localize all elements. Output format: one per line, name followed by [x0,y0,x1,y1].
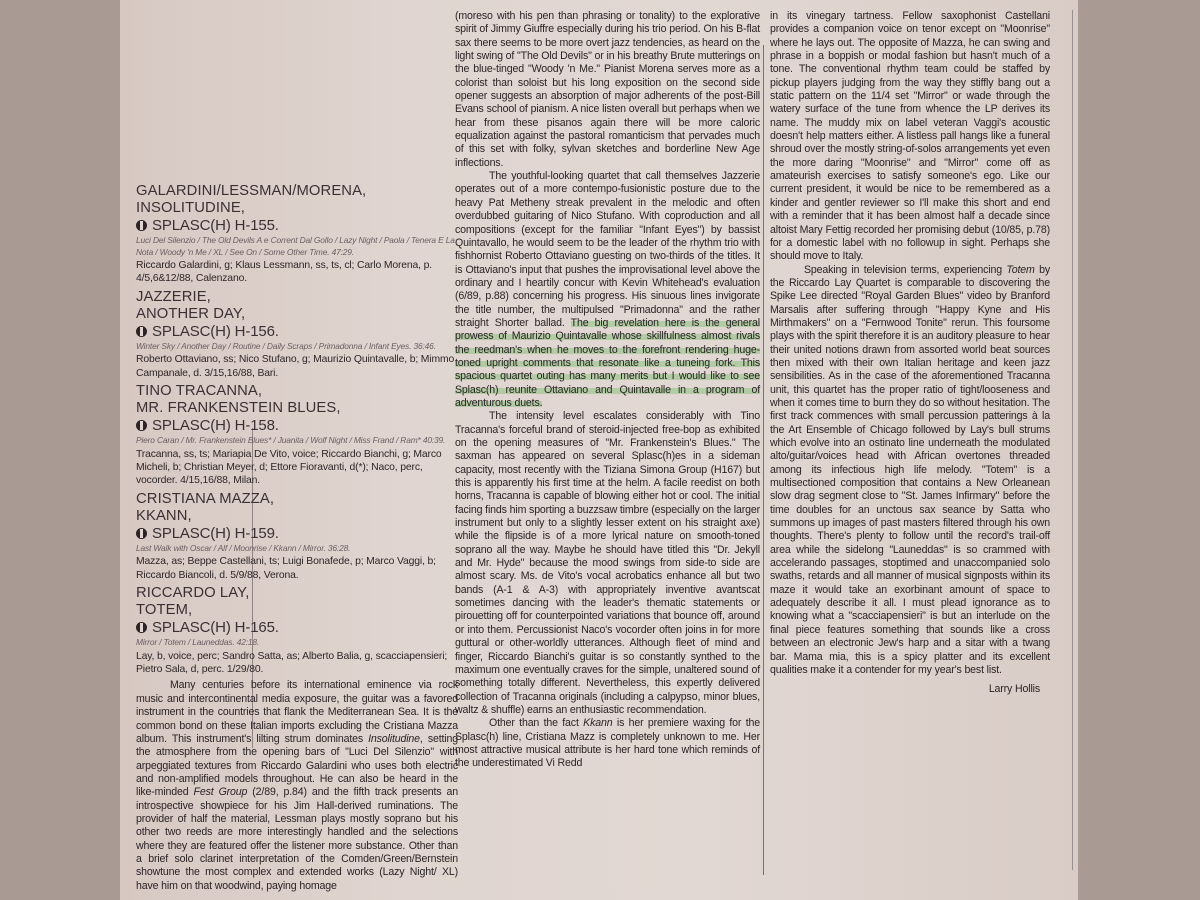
personnel: Mazza, as; Beppe Castellani, ts; Luigi B… [136,555,458,582]
record-disc-icon [136,622,147,633]
personnel: Riccardo Galardini, g; Klaus Lessmann, s… [136,259,458,286]
review-paragraph: Speaking in television terms, experienci… [770,264,1050,678]
middle-column: (moreso with his pen than phrasing or to… [455,10,760,771]
album-artist: JAZZERIE, [136,289,458,306]
album-entry: RICCARDO LAY, TOTEM, SPLASC(H) H-165. Mi… [136,585,458,676]
album-entry: JAZZERIE, ANOTHER DAY, SPLASC(H) H-156. … [136,289,458,380]
track-list: Last Walk with Oscar / Alf / Moonrise / … [136,543,458,555]
personnel: Lay, b, voice, perc; Sandro Satta, as; A… [136,650,458,677]
right-column: in its vinegary tartness. Fellow saxopho… [770,10,1050,697]
album-title: INSOLITUDINE, [136,200,458,217]
album-label: SPLASC(H) H-155. [136,217,458,234]
album-label: SPLASC(H) H-156. [136,323,458,340]
album-label: SPLASC(H) H-159. [136,525,458,542]
review-paragraph: The youthful-looking quartet that call t… [455,170,760,410]
album-entry: CRISTIANA MAZZA, KKANN, SPLASC(H) H-159.… [136,491,458,582]
album-artist: GALARDINI/LESSMAN/MORENA, [136,183,458,200]
highlighted-passage: The big revelation here is the general p… [455,317,760,409]
record-disc-icon [136,220,147,231]
track-list: Mirror / Totem / Launeddas. 42:18. [136,637,458,649]
reviewer-signature: Larry Hollis [770,683,1050,696]
review-paragraph: Many centuries before its international … [136,679,458,893]
record-disc-icon [136,326,147,337]
album-entry: GALARDINI/LESSMAN/MORENA, INSOLITUDINE, … [136,183,458,286]
record-disc-icon [136,528,147,539]
album-label: SPLASC(H) H-158. [136,417,458,434]
track-list: Piero Caran / Mr. Frankenstein Blues* / … [136,435,458,447]
review-paragraph: (moreso with his pen than phrasing or to… [455,10,760,170]
magazine-page: GALARDINI/LESSMAN/MORENA, INSOLITUDINE, … [120,0,1078,900]
track-list: Winter Sky / Another Day / Routine / Dai… [136,341,458,353]
review-paragraph: Other than the fact Kkann is her premier… [455,717,760,770]
review-paragraph: The intensity level escalates considerab… [455,410,760,717]
personnel: Roberto Ottaviano, ss; Nico Stufano, g; … [136,353,458,380]
album-artist: TINO TRACANNA, [136,383,458,400]
album-artist: RICCARDO LAY, [136,585,458,602]
album-entry: TINO TRACANNA, MR. FRANKENSTEIN BLUES, S… [136,383,458,488]
album-title: ANOTHER DAY, [136,306,458,323]
album-artist: CRISTIANA MAZZA, [136,491,458,508]
album-title: MR. FRANKENSTEIN BLUES, [136,400,458,417]
album-title: TOTEM, [136,602,458,619]
column-rule [763,45,764,875]
record-disc-icon [136,420,147,431]
review-paragraph: in its vinegary tartness. Fellow saxopho… [770,10,1050,264]
left-column: GALARDINI/LESSMAN/MORENA, INSOLITUDINE, … [136,183,458,893]
track-list: Luci Del Silenzio / The Old Devils A e C… [136,235,458,258]
column-rule [1072,10,1073,870]
personnel: Tracanna, ss, ts; Mariapia De Vito, voic… [136,448,458,488]
album-label: SPLASC(H) H-165. [136,619,458,636]
album-title: KKANN, [136,508,458,525]
